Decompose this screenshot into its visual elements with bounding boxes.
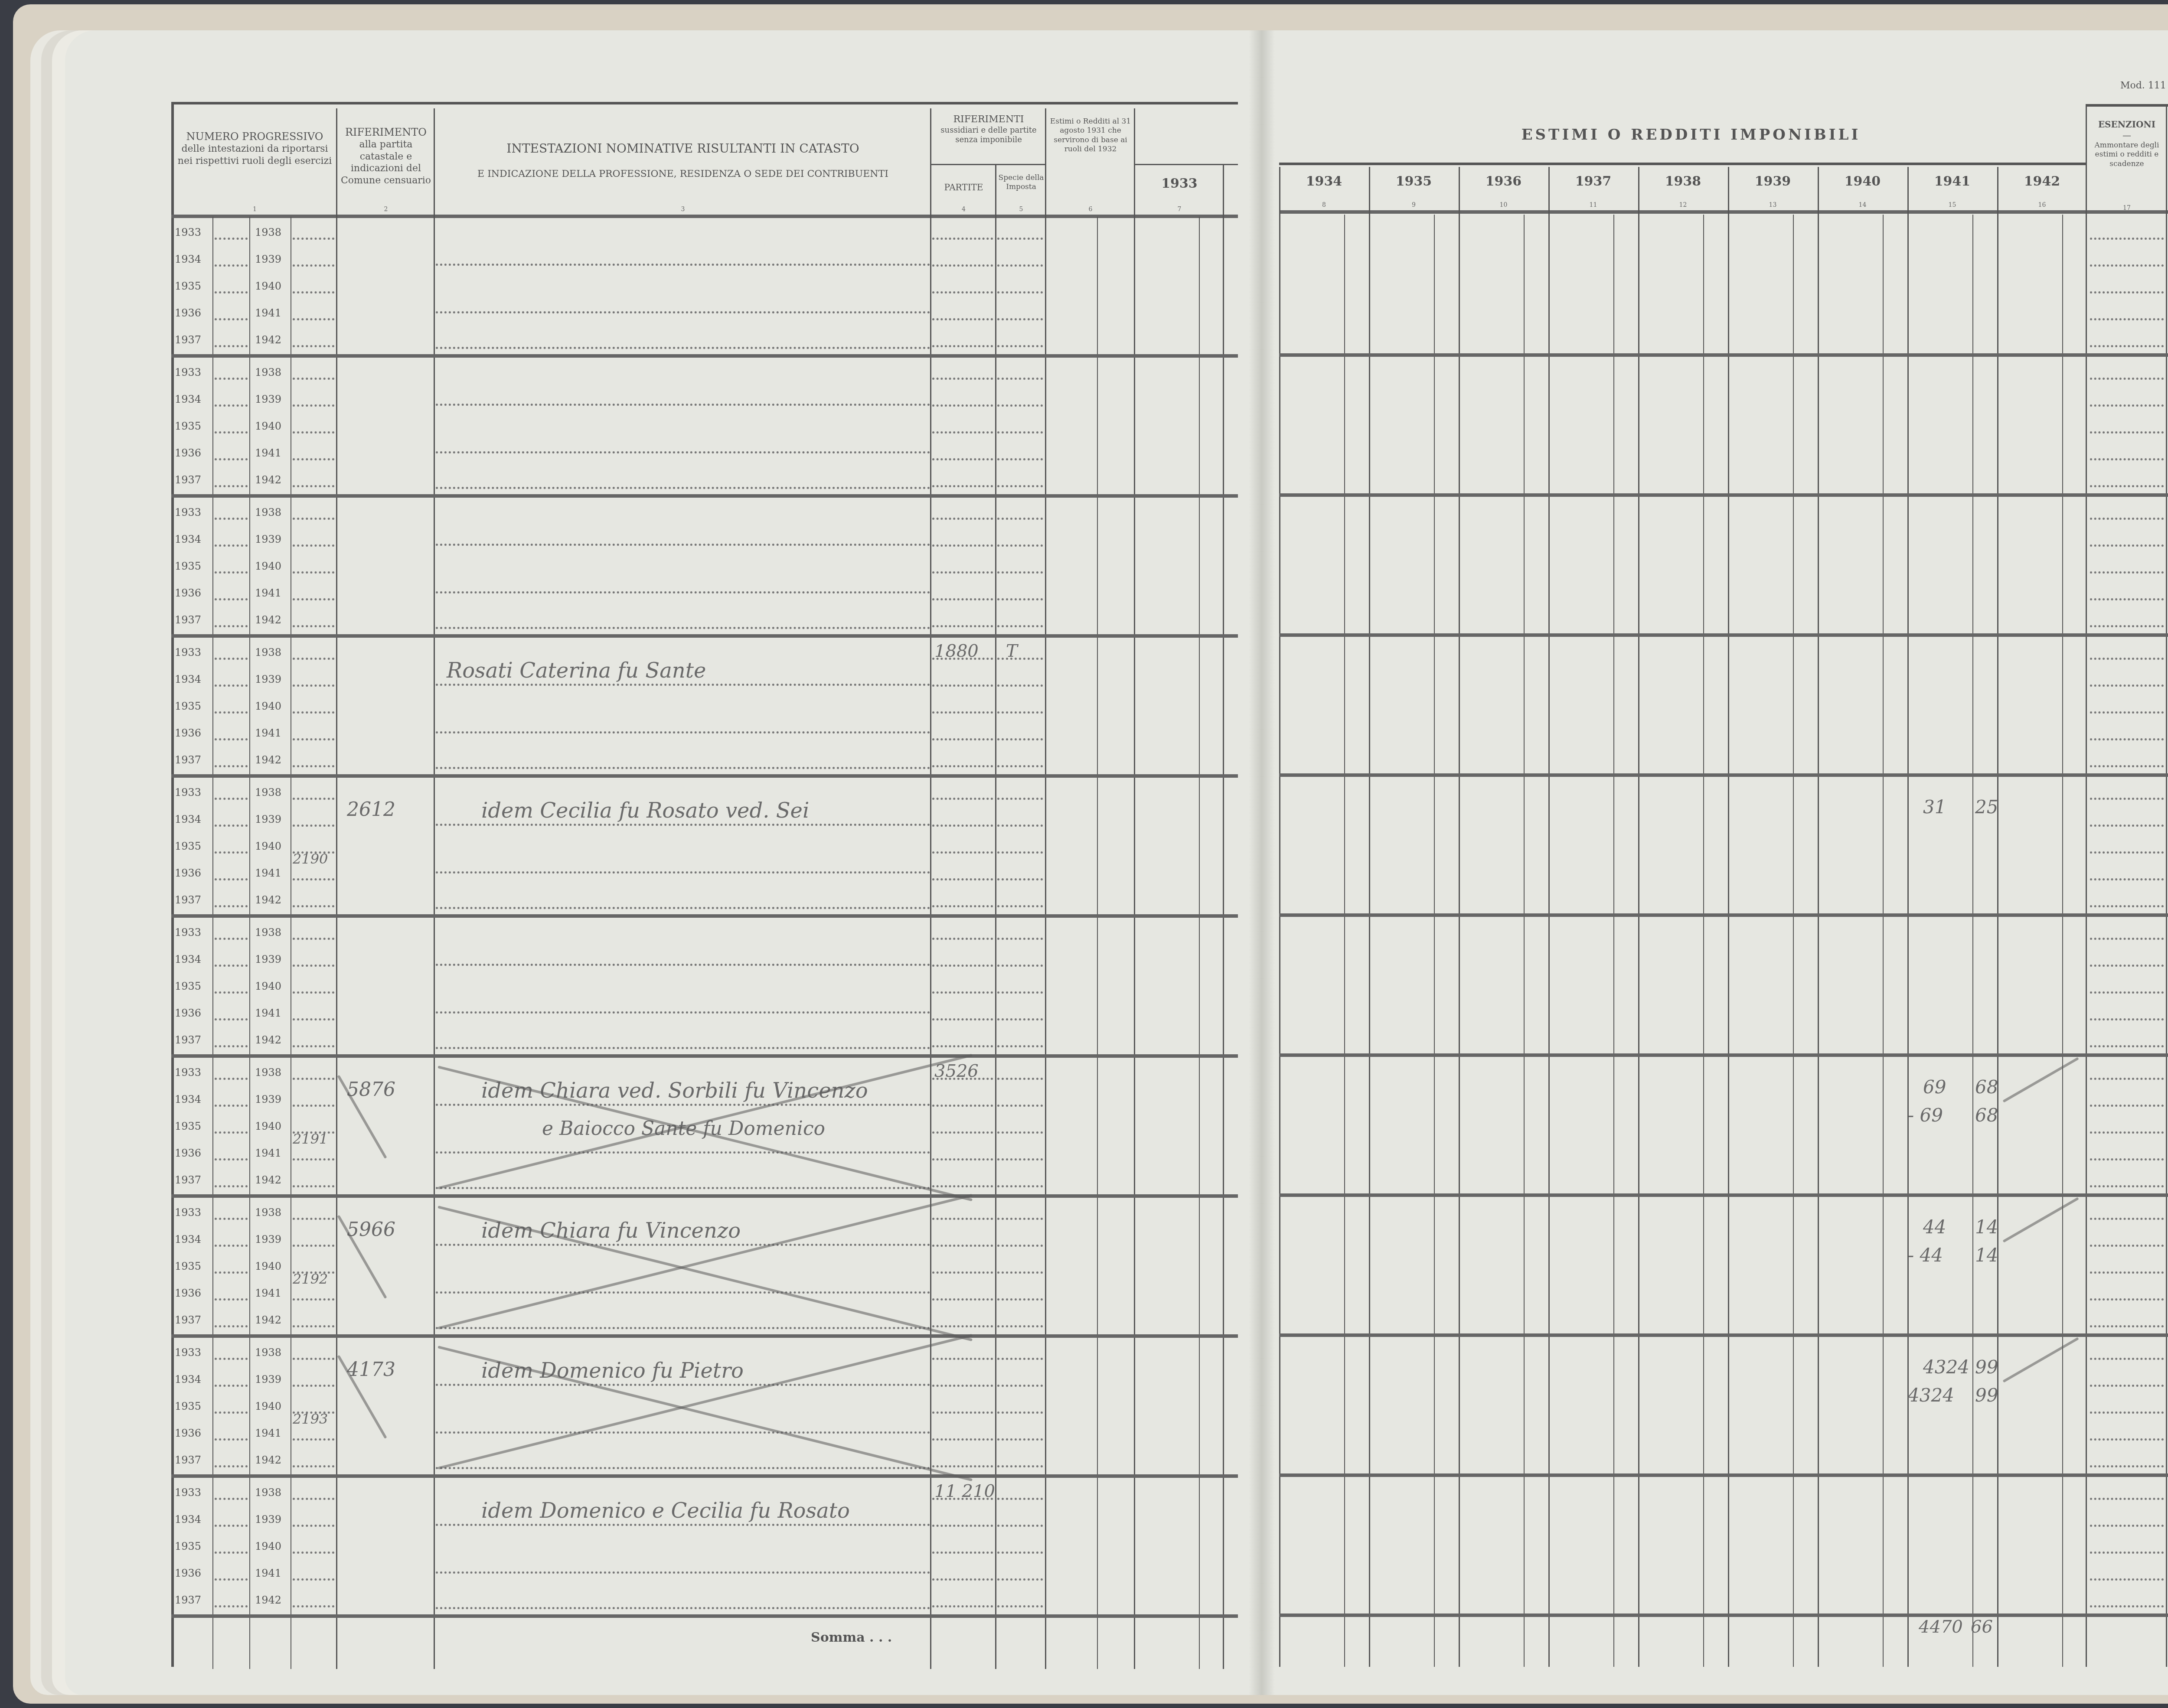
year-header: 1939 <box>1728 173 1818 190</box>
divider <box>336 108 337 1669</box>
value-1941-int: 31 <box>1923 796 1946 818</box>
value-1941-sub-int: 4324 <box>1908 1385 1954 1406</box>
dotted-line <box>215 404 248 407</box>
year-label: 1933 <box>175 226 201 238</box>
value-1941-int: 44 <box>1923 1216 1946 1238</box>
dotted-line <box>2090 291 2164 293</box>
dotted-line <box>215 765 248 767</box>
dotted-line <box>436 824 930 826</box>
dotted-line <box>293 291 334 293</box>
dotted-line <box>293 1552 334 1554</box>
dotted-line <box>2090 1358 2164 1360</box>
dotted-line <box>997 851 1043 854</box>
dotted-line <box>932 1552 993 1554</box>
total-1941-int: 4470 <box>1919 1617 1963 1637</box>
year-label: 1941 <box>255 1007 281 1019</box>
year-label: 1941 <box>255 447 281 459</box>
dotted-line <box>932 1185 993 1187</box>
value-1941-int: 4324 <box>1923 1356 1969 1378</box>
value-1941-dec: 99 <box>1975 1356 1998 1378</box>
dotted-line <box>997 1605 1043 1607</box>
divider <box>434 108 435 1669</box>
year-label: 1933 <box>175 1066 201 1079</box>
dotted-line <box>932 938 993 940</box>
year-label: 1942 <box>255 754 281 766</box>
year-header: 1938 <box>1638 173 1728 190</box>
dotted-line <box>932 1525 993 1527</box>
dotted-line <box>293 1158 334 1160</box>
dotted-line <box>215 991 248 994</box>
dotted-line <box>997 1158 1043 1160</box>
handwritten-progressive: 2193 <box>293 1411 328 1427</box>
dotted-line <box>997 1105 1043 1107</box>
dotted-line <box>2090 1045 2164 1047</box>
dotted-line <box>2090 1185 2164 1187</box>
dotted-line <box>293 1358 334 1360</box>
header-col5: Specie della Imposta <box>997 173 1045 192</box>
divider <box>2062 215 2063 1667</box>
dotted-line <box>997 1245 1043 1247</box>
dotted-line <box>293 625 334 627</box>
value-1941-sub-dec: 99 <box>1975 1385 1998 1406</box>
column-number: 17 <box>2088 205 2166 212</box>
divider <box>1997 167 1998 1667</box>
dotted-line <box>293 544 334 547</box>
dotted-line <box>932 598 993 600</box>
dotted-line <box>997 1411 1043 1414</box>
dotted-line <box>2090 711 2164 714</box>
year-label: 1939 <box>255 533 281 545</box>
dotted-line <box>215 1105 248 1107</box>
dotted-line <box>932 264 993 267</box>
column-number: 1 <box>173 206 336 213</box>
dotted-line <box>2090 658 2164 660</box>
dotted-line <box>997 738 1043 740</box>
dotted-line <box>997 345 1043 347</box>
year-label: 1939 <box>255 813 281 825</box>
divider <box>1703 215 1704 1667</box>
dotted-line <box>436 907 930 909</box>
dotted-line <box>2090 1158 2164 1160</box>
divider <box>930 108 931 1669</box>
year-label: 1940 <box>255 280 281 292</box>
row-separator <box>1279 773 2168 777</box>
year-label: 1935 <box>175 1120 201 1132</box>
year-label: 1935 <box>175 1540 201 1552</box>
header-sub: sussidiari e delle partite senza imponib… <box>932 126 1045 145</box>
dotted-line <box>215 264 248 267</box>
dotted-line <box>997 1385 1043 1387</box>
right-page <box>1262 30 2168 1695</box>
dotted-line <box>997 1552 1043 1554</box>
year-label: 1934 <box>175 533 201 545</box>
row-separator <box>171 1054 1238 1058</box>
year-label: 1938 <box>255 926 281 939</box>
totals-label: Somma . . . <box>811 1630 892 1645</box>
row-separator <box>171 1334 1238 1338</box>
dotted-line <box>997 1358 1043 1360</box>
year-label: 1933 <box>175 1206 201 1219</box>
year-label: 1939 <box>255 1093 281 1105</box>
year-label: 1938 <box>255 506 281 518</box>
dotted-line <box>215 1578 248 1581</box>
dotted-line <box>215 1045 248 1047</box>
dotted-line <box>215 711 248 714</box>
dotted-line <box>997 264 1043 267</box>
dotted-line <box>293 485 334 487</box>
dotted-line <box>997 798 1043 800</box>
dotted-line <box>293 1185 334 1187</box>
row-separator <box>171 1474 1238 1478</box>
year-label: 1934 <box>175 1513 201 1525</box>
year-label: 1942 <box>255 1594 281 1606</box>
dotted-line <box>2090 878 2164 880</box>
column-number: 10 <box>1459 202 1548 209</box>
dotted-line <box>215 938 248 940</box>
handwritten-partite: 3526 <box>934 1061 979 1081</box>
dotted-line <box>997 878 1043 880</box>
year-label: 1940 <box>255 1540 281 1552</box>
handwritten-name: idem Cecilia fu Rosato ved. Sei <box>481 799 809 823</box>
year-label: 1940 <box>255 980 281 992</box>
row-separator <box>1279 1193 2168 1197</box>
dotted-line <box>436 451 930 453</box>
header-col1: NUMERO PROGRESSIVO delle intestazioni da… <box>173 130 336 167</box>
dotted-line <box>932 1045 993 1047</box>
dotted-line <box>932 1105 993 1107</box>
year-label: 1933 <box>175 506 201 518</box>
dotted-line <box>2090 431 2164 434</box>
divider <box>1369 167 1370 1667</box>
year-label: 1939 <box>255 673 281 685</box>
dotted-line <box>2090 1131 2164 1134</box>
year-label: 1936 <box>175 307 201 319</box>
header-dash: — <box>2088 130 2166 141</box>
dotted-line <box>215 905 248 907</box>
year-label: 1938 <box>255 1066 281 1079</box>
dotted-line <box>436 311 930 313</box>
dotted-line <box>215 1465 248 1467</box>
dotted-line <box>436 487 930 489</box>
dotted-line <box>997 431 1043 434</box>
column-number: 12 <box>1638 202 1728 209</box>
dotted-line <box>2090 378 2164 380</box>
column-number: 5 <box>997 206 1045 213</box>
year-label: 1937 <box>175 1174 201 1186</box>
dotted-line <box>436 1291 930 1294</box>
divider <box>1134 108 1135 1669</box>
dotted-line <box>293 905 334 907</box>
column-number: 7 <box>1136 206 1223 213</box>
header-title: ESENZIONI <box>2088 119 2166 130</box>
year-label: 1934 <box>175 953 201 965</box>
dotted-line <box>997 938 1043 940</box>
row-separator <box>171 494 1238 498</box>
year-label: 1937 <box>175 1314 201 1326</box>
right-years-top <box>1279 163 2086 165</box>
dotted-line <box>997 571 1043 574</box>
dotted-line <box>215 291 248 293</box>
dotted-line <box>293 598 334 600</box>
dotted-line <box>2090 1298 2164 1301</box>
header-col4: PARTITE <box>932 182 995 193</box>
dotted-line <box>2090 485 2164 487</box>
dotted-line <box>293 1218 334 1220</box>
year-label: 1934 <box>175 1233 201 1245</box>
value-1941-dec: 25 <box>1975 796 1998 818</box>
year-label: 1939 <box>255 393 281 405</box>
dotted-line <box>932 571 993 574</box>
dotted-line <box>932 238 993 240</box>
column-number: 8 <box>1279 202 1369 209</box>
year-label: 1940 <box>255 1120 281 1132</box>
year-label: 1942 <box>255 1314 281 1326</box>
dotted-line <box>2090 1245 2164 1247</box>
year-label: 1934 <box>175 393 201 405</box>
dotted-line <box>293 765 334 767</box>
row-separator <box>1279 1053 2168 1057</box>
year-label: 1938 <box>255 646 281 658</box>
column-number: 16 <box>1997 202 2087 209</box>
year-label: 1936 <box>175 1427 201 1439</box>
dotted-line <box>932 825 993 827</box>
dotted-line <box>932 291 993 293</box>
dotted-line <box>932 1325 993 1327</box>
dotted-line <box>293 878 334 880</box>
dotted-line <box>2090 345 2164 347</box>
year-label: 1934 <box>175 813 201 825</box>
dotted-line <box>293 1078 334 1080</box>
dotted-line <box>215 1552 248 1554</box>
year-header: 1941 <box>1907 173 1997 190</box>
row-separator <box>171 914 1238 918</box>
dotted-line <box>215 798 248 800</box>
dotted-line <box>2090 238 2164 240</box>
dotted-line <box>2090 938 2164 940</box>
dotted-line <box>293 965 334 967</box>
dotted-line <box>932 1578 993 1581</box>
dotted-line <box>215 1525 248 1527</box>
dotted-line <box>215 1158 248 1160</box>
dotted-line <box>436 1467 930 1469</box>
total-1941-dec: 66 <box>1971 1617 1993 1637</box>
handwritten-partite: 1880 <box>934 641 979 661</box>
year-label: 1939 <box>255 953 281 965</box>
dotted-line <box>293 238 334 240</box>
handwritten-ref: 5876 <box>347 1079 395 1101</box>
dotted-line <box>997 1271 1043 1274</box>
dotted-line <box>2090 318 2164 320</box>
year-label: 1934 <box>175 253 201 265</box>
dotted-line <box>293 1465 334 1467</box>
dotted-line <box>997 1498 1043 1500</box>
dotted-line <box>2090 1105 2164 1107</box>
dotted-line <box>436 684 930 686</box>
year-label: 1938 <box>255 786 281 799</box>
year-label: 1936 <box>175 447 201 459</box>
dotted-line <box>997 485 1043 487</box>
dotted-line <box>215 485 248 487</box>
year-label: 1933 <box>175 646 201 658</box>
dotted-line <box>293 1438 334 1441</box>
year-label: 1941 <box>255 1147 281 1159</box>
dotted-line <box>436 404 930 406</box>
year-label: 1941 <box>255 727 281 739</box>
year-label: 1942 <box>255 334 281 346</box>
year-label: 1935 <box>175 420 201 432</box>
dotted-line <box>932 905 993 907</box>
divider <box>1134 164 1238 165</box>
dotted-line <box>293 1105 334 1107</box>
dotted-line <box>293 825 334 827</box>
handwritten-progressive: 2191 <box>293 1131 328 1147</box>
row-separator <box>1279 493 2168 497</box>
dotted-line <box>2090 798 2164 800</box>
dotted-line <box>215 965 248 967</box>
row-separator <box>1279 913 2168 917</box>
divider <box>1638 167 1639 1667</box>
year-label: 1936 <box>175 867 201 879</box>
row-separator <box>1279 633 2168 637</box>
dotted-line <box>932 1411 993 1414</box>
dotted-line <box>932 1271 993 1274</box>
dotted-line <box>932 685 993 687</box>
dotted-line <box>215 238 248 240</box>
year-label: 1940 <box>255 420 281 432</box>
dotted-line <box>215 1218 248 1220</box>
dotted-line <box>932 378 993 380</box>
divider <box>1793 215 1794 1667</box>
divider <box>1097 217 1098 1669</box>
divider <box>1728 167 1729 1667</box>
dotted-line <box>2090 1078 2164 1080</box>
value-1941-dec: 68 <box>1975 1076 1998 1098</box>
dotted-line <box>436 1431 930 1434</box>
dotted-line <box>215 571 248 574</box>
divider <box>1279 167 1280 1667</box>
dotted-line <box>436 1047 930 1049</box>
divider <box>1972 215 1973 1667</box>
dotted-line <box>997 1525 1043 1527</box>
dotted-line <box>293 345 334 347</box>
dotted-line <box>2090 1411 2164 1414</box>
handwritten-ref: 2612 <box>347 799 395 821</box>
divider <box>1548 167 1550 1667</box>
dotted-line <box>997 458 1043 460</box>
dotted-line <box>2090 965 2164 967</box>
year-label: 1935 <box>175 280 201 292</box>
dotted-line <box>2090 1578 2164 1581</box>
handwritten-progressive: 2190 <box>293 851 328 867</box>
left-page <box>65 30 1262 1695</box>
model-label: Mod. 111 - Imposte Dirette (Intercalare)… <box>2120 80 2168 91</box>
row-separator <box>1279 353 2168 357</box>
dotted-line <box>932 518 993 520</box>
dotted-line <box>293 571 334 574</box>
year-label: 1935 <box>175 980 201 992</box>
column-number: 11 <box>1548 202 1638 209</box>
divider <box>930 164 1045 165</box>
dotted-line <box>293 1245 334 1247</box>
dotted-line <box>215 1078 248 1080</box>
year-label: 1935 <box>175 840 201 852</box>
divider <box>1459 167 1460 1667</box>
handwritten-name: idem Domenico fu Pietro <box>481 1359 744 1383</box>
dotted-line <box>293 1045 334 1047</box>
dotted-line <box>997 825 1043 827</box>
handwritten-progressive: 2192 <box>293 1271 328 1287</box>
divider <box>1199 217 1200 1669</box>
dotted-line <box>997 765 1043 767</box>
dotted-line <box>436 347 930 349</box>
handwritten-name: idem Domenico e Cecilia fu Rosato <box>481 1499 850 1523</box>
row-separator <box>1279 1473 2168 1477</box>
year-label: 1939 <box>255 1513 281 1525</box>
year-label: 1942 <box>255 614 281 626</box>
dotted-line <box>293 658 334 660</box>
dotted-line <box>932 851 993 854</box>
dotted-line <box>2090 685 2164 687</box>
year-header: 1942 <box>1997 173 2087 190</box>
dotted-line <box>997 1438 1043 1441</box>
dotted-line <box>2090 458 2164 460</box>
year-label: 1933 <box>175 786 201 799</box>
year-label: 1933 <box>175 1486 201 1499</box>
dotted-line <box>215 431 248 434</box>
dotted-line <box>215 1271 248 1274</box>
dotted-line <box>932 991 993 994</box>
column-number: 6 <box>1047 206 1134 213</box>
year-header: 1935 <box>1369 173 1459 190</box>
header-col6: Estimi o Redditi al 31 agosto 1931 che s… <box>1047 117 1134 154</box>
dotted-line <box>293 1498 334 1500</box>
dotted-line <box>215 825 248 827</box>
row-separator <box>171 354 1238 358</box>
header-sub: alla partita catastale e indicazioni del… <box>338 139 434 186</box>
dotted-line <box>436 964 930 966</box>
dotted-line <box>436 1607 930 1609</box>
dotted-line <box>215 458 248 460</box>
dotted-line <box>215 1411 248 1414</box>
divider <box>1045 108 1046 1669</box>
year-label: 1937 <box>175 614 201 626</box>
dotted-line <box>997 544 1043 547</box>
dotted-line <box>293 938 334 940</box>
header-sub: delle intestazioni da riportarsi nei ris… <box>173 143 336 167</box>
value-1941-sub-int: - 69 <box>1908 1105 1943 1126</box>
dotted-line <box>2090 1018 2164 1020</box>
header-title: INTESTAZIONI NOMINATIVE RISULTANTI IN CA… <box>438 141 928 156</box>
value-1941-sub-dec: 68 <box>1975 1105 1998 1126</box>
year-label: 1933 <box>175 1346 201 1359</box>
divider <box>1818 167 1819 1667</box>
book-gutter <box>1249 30 1275 1695</box>
year-label: 1941 <box>255 587 281 599</box>
dotted-line <box>215 738 248 740</box>
handwritten-ref: 5966 <box>347 1219 395 1241</box>
dotted-line <box>436 1151 930 1154</box>
dotted-line <box>932 1245 993 1247</box>
dotted-line <box>436 1244 930 1246</box>
dotted-line <box>293 685 334 687</box>
dotted-line <box>997 1298 1043 1301</box>
dotted-line <box>2090 1271 2164 1274</box>
year-label: 1942 <box>255 1454 281 1466</box>
dotted-line <box>997 1131 1043 1134</box>
dotted-line <box>293 798 334 800</box>
header-col17: ESENZIONI — Ammontare degli estimi o red… <box>2088 119 2166 169</box>
dotted-line <box>2090 1218 2164 1220</box>
